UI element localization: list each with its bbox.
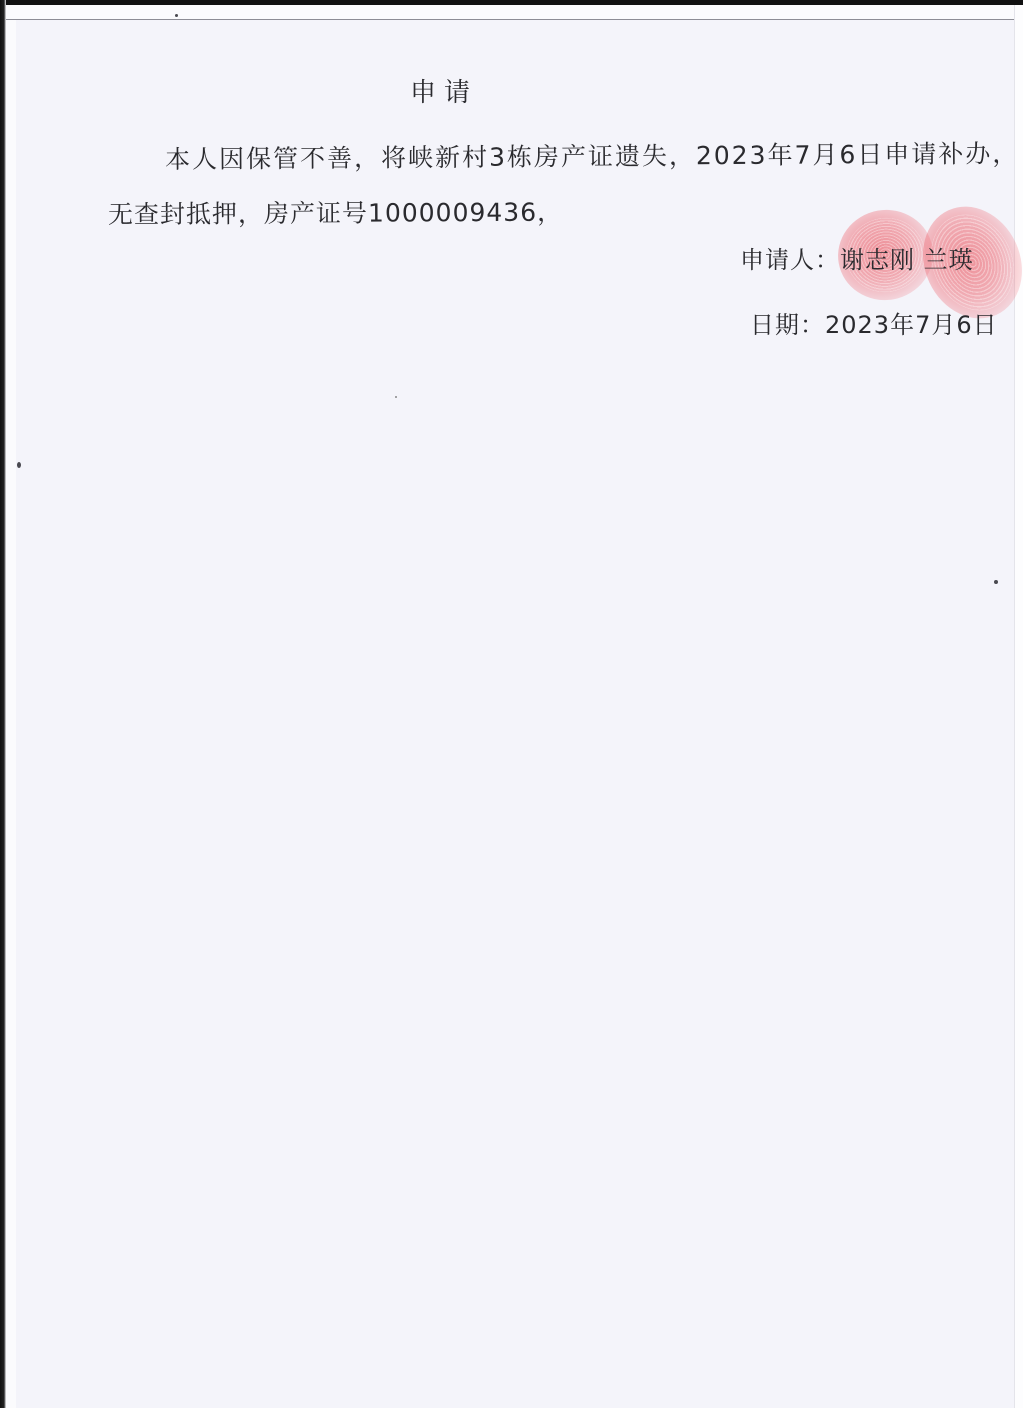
date-label: 日期： [750,311,825,339]
date-value: 2023年7月6日 [825,311,998,339]
paper-edge-top [6,5,1016,20]
document-title: 申请 [410,72,478,109]
body-line-1: 本人因保管不善，将峡新村3栋房产证遗失，2023年7月6日申请补办， [165,134,1020,176]
body-line-2: 无查封抵押，房产证号1000009436， [108,193,563,231]
paper-edge-left [6,5,16,1408]
applicant-names: 谢志刚 兰瑛 [840,246,974,274]
signature-date: 日期：2023年7月6日 [750,305,998,340]
scan-speck [994,580,998,584]
scan-speck [175,14,178,17]
scan-speck [395,396,397,398]
scan-speck [17,462,21,468]
applicant-label: 申请人： [740,246,840,274]
applicant-signature: 申请人：谢志刚 兰瑛 [740,240,974,275]
paper-edge-right [1014,5,1023,1408]
